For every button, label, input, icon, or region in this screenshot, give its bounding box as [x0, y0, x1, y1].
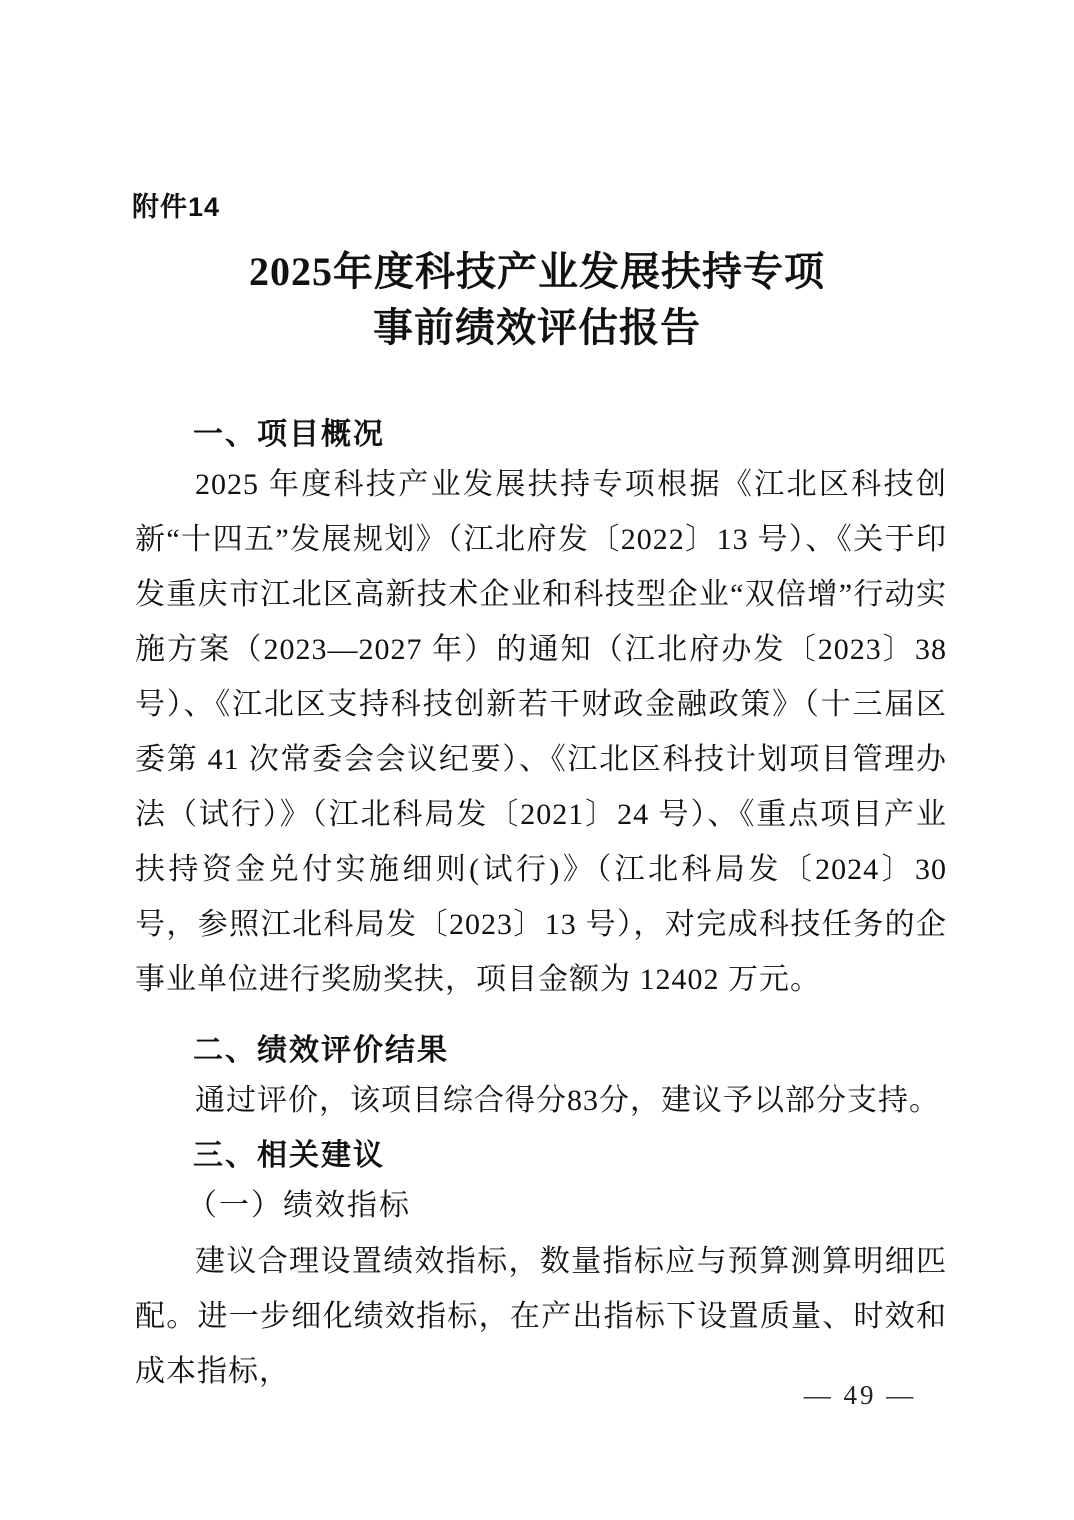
sections-results-and-suggestions: 二、绩效评价结果 通过评价，该项目综合得分83分，建议予以部分支持。 三、相关建… — [135, 1029, 947, 1399]
paragraph-evaluation-result: 通过评价，该项目综合得分83分，建议予以部分支持。 — [135, 1073, 947, 1128]
title-line-2: 事前绩效评估报告 — [0, 300, 1074, 356]
document-title: 2025年度科技产业发展扶持专项 事前绩效评估报告 — [0, 244, 1074, 356]
subheading-performance-indicators: （一）绩效指标 — [135, 1184, 947, 1228]
section-overview: 一、项目概况 2025 年度科技产业发展扶持专项根据《江北区科技创新“十四五”发… — [135, 413, 947, 1007]
page-number: — 49 — — [760, 1380, 960, 1411]
paragraph-performance-indicators: 建议合理设置绩效指标，数量指标应与预算测算明细匹配。进一步细化绩效指标，在产出指… — [135, 1234, 947, 1399]
document-page: 附件14 2025年度科技产业发展扶持专项 事前绩效评估报告 一、项目概况 20… — [0, 0, 1074, 1520]
paragraph-overview: 2025 年度科技产业发展扶持专项根据《江北区科技创新“十四五”发展规划》（江北… — [135, 457, 947, 1007]
title-line-1: 2025年度科技产业发展扶持专项 — [0, 244, 1074, 300]
attachment-label: 附件14 — [132, 191, 220, 223]
section-heading-overview: 一、项目概况 — [135, 413, 947, 457]
section-heading-evaluation-result: 二、绩效评价结果 — [135, 1029, 947, 1073]
section-heading-suggestions: 三、相关建议 — [135, 1134, 947, 1178]
